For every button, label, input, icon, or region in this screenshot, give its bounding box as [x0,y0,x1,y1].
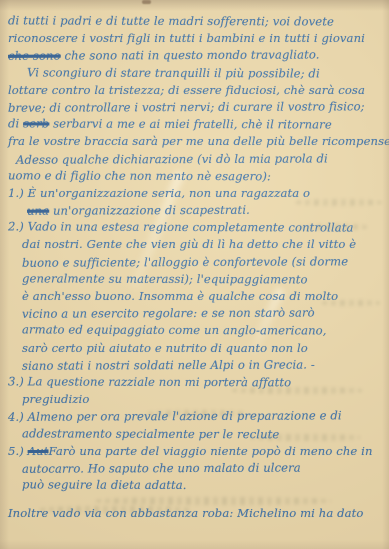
letter-text: Inoltre vado via con abbastanza roba: Mi… [8,506,364,520]
letter-text: 1.) È un'organizzazione seria, non una r… [8,186,310,200]
letter-text: 2.) Vado in una estesa regione completam… [8,220,354,235]
letter-line: fra le vostre braccia sarà per me una de… [8,133,387,150]
letter-text: vicino a un esercito regolare: e se non … [22,306,315,321]
letter-line: può seguire la dieta adatta. [8,476,387,495]
letter-text: di [8,116,23,130]
letter-text: sarò certo più aiutato e nutrito di quan… [22,341,308,355]
letter-body: di tutti i padri e di tutte le madri sof… [8,13,387,522]
letter-line: addestramento specialmente per le reclut… [8,425,387,444]
letter-line: riconoscere i vostri figli in tutti i ba… [8,30,387,47]
strikethrough-text: che sono [8,49,61,63]
letter-line: uomo e di figlio che non mento nè esager… [8,167,387,186]
letter-text: buono e sufficiente; l'alloggio è confor… [22,254,348,269]
letter-line: pregiudizio [8,391,387,408]
letter-text: può seguire la dieta adatta. [22,477,187,492]
letter-line: 2.) Vado in una estesa regione completam… [8,219,387,238]
letter-text: Adesso qualche dichiarazione (vi dò la m… [16,151,328,166]
letter-text: di tutti i padri e di tutte le madri sof… [8,13,334,28]
letter-text: autocarro. Ho saputo che uno malato di u… [22,460,301,475]
letter-page: di tutti i padri e di tutte le madri sof… [0,0,389,549]
letter-line: siano stati i nostri soldati nelle Alpi … [8,356,387,375]
letter-line: buono e sufficiente; l'alloggio è confor… [8,253,387,272]
letter-text: Farò una parte del viaggio niente popò d… [48,444,372,458]
letter-line: 4.) Almeno per ora prevale l'azione di p… [8,407,387,426]
strikethrough-text: serb [23,117,49,131]
letter-text: breve; di controllare i vostri nervi; di… [8,99,365,115]
strikethrough-text: una [27,204,49,218]
letter-line: Adesso qualche dichiarazione (vi dò la m… [8,150,387,169]
letter-text: addestramento specialmente per le reclut… [22,426,279,441]
letter-line: 5.) AutFarò una parte del viaggio niente… [8,443,387,460]
letter-text: uomo e di figlio che non mento nè esager… [8,168,271,183]
letter-text: siano stati i nostri soldati nelle Alpi … [22,357,315,372]
letter-line: vicino a un esercito regolare: e se non … [8,304,387,323]
letter-text: riconoscere i vostri figli in tutti i ba… [8,31,365,45]
letter-text: generalmente su materassi); l'equipaggia… [22,271,308,286]
letter-line: autocarro. Ho saputo che uno malato di u… [8,459,387,478]
letter-text: 4.) Almeno per ora prevale l'azione di p… [8,409,342,424]
letter-line: di tutti i padri e di tutte le madri sof… [8,12,387,31]
letter-text: 3.) La questione razziale non mi porterà… [8,374,291,389]
letter-text: serbarvi a me e ai miei fratelli, chè il… [49,117,332,132]
paper-speck [142,0,151,4]
strikethrough-text: Aut [28,444,49,458]
letter-line: armato ed equipaggiato come un anglo-ame… [8,322,387,341]
letter-text: 5.) [8,444,28,458]
letter-text: armato ed equipaggiato come un anglo-ame… [22,323,327,338]
letter-line: breve; di controllare i vostri nervi; di… [8,98,387,117]
letter-line: 1.) È un'organizzazione seria, non una r… [8,185,387,202]
letter-text: è anch'esso buono. Insomma è qualche cos… [22,289,338,303]
letter-text: un'organizzazione di scapestrati. [49,203,250,218]
letter-line: una un'organizzazione di scapestrati. [8,201,387,220]
letter-line: Vi scongiuro di stare tranquilli il più … [8,64,387,83]
letter-line: sarò certo più aiutato e nutrito di quan… [8,340,387,357]
letter-text: fra le vostre braccia sarà per me una de… [8,134,389,148]
letter-line: lottare contro la tristezza; di essere f… [8,82,387,99]
letter-line: 3.) La questione razziale non mi porterà… [8,373,387,392]
letter-line: è anch'esso buono. Insomma è qualche cos… [8,288,387,305]
letter-text: dai nostri. Gente che vien giù di lì ha … [22,237,356,251]
letter-text: Vi scongiuro di stare tranquilli il più … [27,65,320,80]
letter-text: lottare contro la tristezza; di essere f… [8,83,365,97]
letter-text: che sono nati in questo mondo travagliat… [61,48,320,63]
letter-line: Inoltre vado via con abbastanza roba: Mi… [8,505,387,522]
letter-line: di serb serbarvi a me e ai miei fratelli… [8,115,387,134]
letter-line: generalmente su materassi); l'equipaggia… [8,270,387,289]
letter-line: che sono che sono nati in questo mondo t… [8,47,387,66]
letter-text: pregiudizio [22,392,89,406]
letter-line: dai nostri. Gente che vien giù di lì ha … [8,236,387,253]
